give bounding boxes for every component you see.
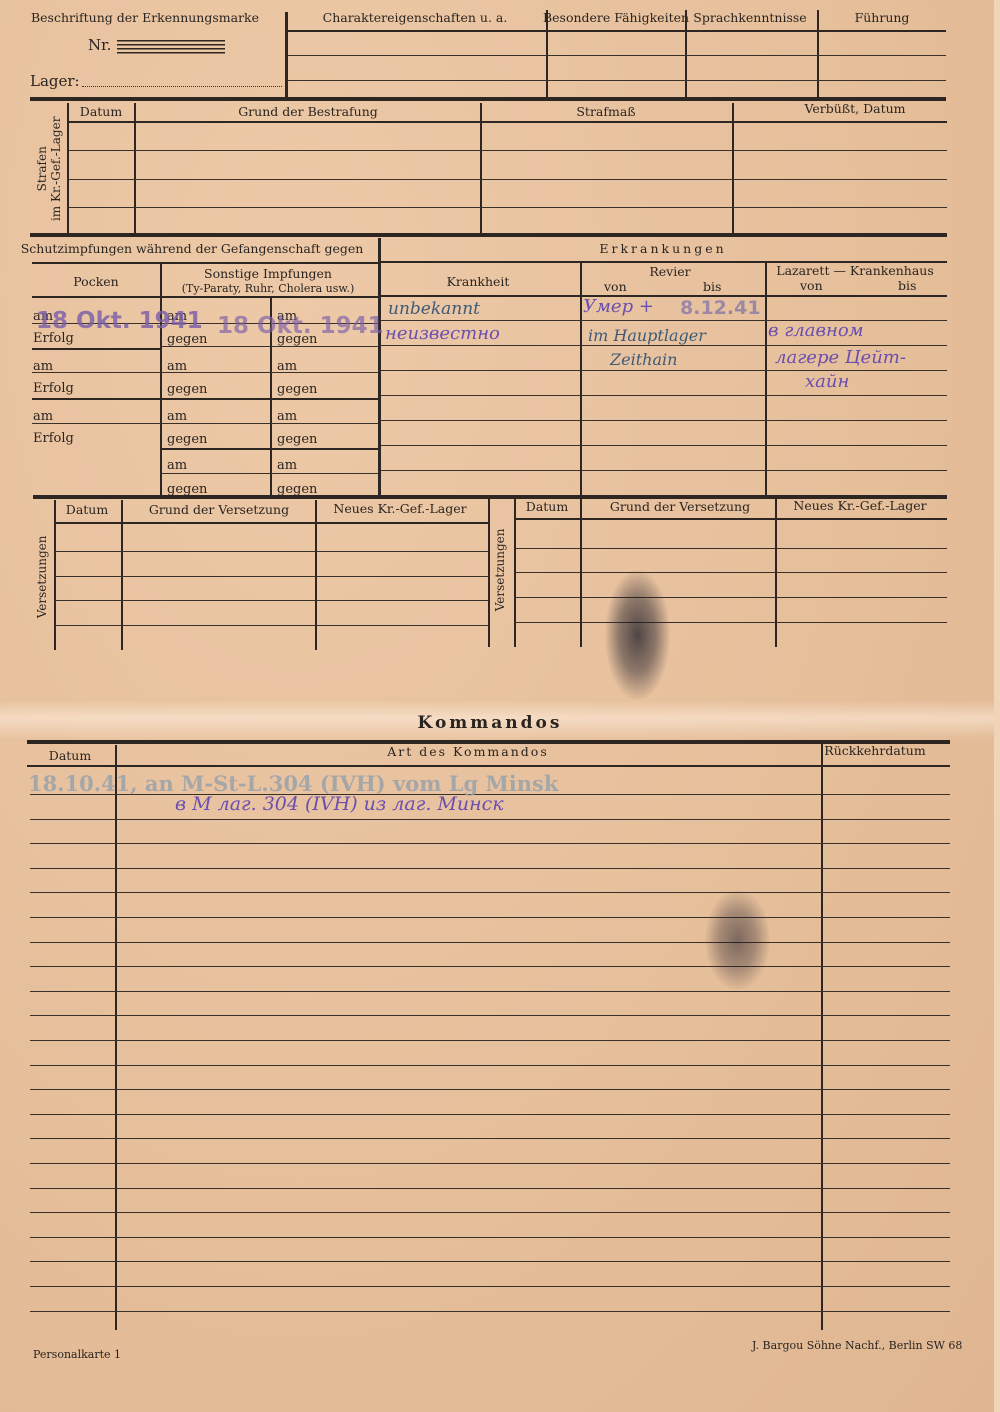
vers-right-col-grund: Grund der Versetzung [610,501,750,514]
nr-label: Nr. [88,38,111,53]
rule [67,207,947,208]
col-divider [821,740,823,1330]
pocken-label: Pocken [73,276,118,289]
rule [30,819,950,820]
rule [380,395,947,396]
rule [30,1040,950,1041]
lazarett-entry: лагере Цейт- [775,347,906,368]
rule [514,548,947,549]
krankheit-label: Krankheit [447,276,510,289]
strafen-col-strafmass: Strafmaß [576,106,635,119]
sonstige-gegen: gegen [167,333,207,346]
strafen-side-label-line1: Strafen [35,146,49,191]
sonstige-label: Sonstige Impfungen [204,268,332,281]
sonstige-am: am [167,459,187,472]
erkrankungen-title: Erkrankungen [599,243,726,256]
rule [30,1212,950,1213]
rule [380,345,947,346]
rule [54,576,488,577]
rule [288,55,946,56]
kommandos-title: Kommandos [418,715,563,732]
kommandos-col-rueckkehr: Rückkehrdatum [824,745,925,758]
sonstige-gegen: gegen [167,433,207,446]
strafen-col-verbuesst: Verbüßt, Datum [804,103,905,116]
rule [380,420,947,421]
rule [32,262,378,264]
rule [380,295,947,297]
pocken-erfolg-2: Erfolg [33,382,74,395]
rule [32,423,378,424]
rule [67,179,947,180]
rule [160,448,378,450]
impfungen-title: Schutzimpfungen während der Gefangenscha… [21,243,364,256]
lager-field[interactable] [82,86,282,87]
krankheit-entry: unbekannt [388,299,480,319]
vers-left-col-lager: Neues Kr.-Gef.-Lager [333,503,466,516]
rule [30,942,950,943]
rule [514,622,947,623]
rule [30,233,947,237]
fingerprint-smudge [705,890,770,990]
rule [160,346,378,347]
col-sprachkenntnisse: Sprachkenntnisse [693,12,806,25]
vers-left-col-grund: Grund der Versetzung [149,504,289,517]
revier-von: von [604,281,627,294]
sonstige2-am: am [277,410,297,423]
lazarett-entry: хайн [805,371,849,392]
fingerprint-smudge [605,570,670,700]
kommando-handwritten: в M лаг. 304 (IVH) из лаг. Минск [175,793,504,815]
paper-edge [994,0,1000,1412]
rule [30,1138,950,1139]
sonstige-sub: (Ty-Paraty, Ruhr, Cholera usw.) [182,283,355,294]
pocken-erfolg-3: Erfolg [33,432,74,445]
sonstige2-am: am [277,459,297,472]
lazarett-entry: в главном [768,320,864,341]
revier-entry: Умер + [583,296,654,317]
rule [30,991,950,992]
kommandos-col-datum: Datum [49,750,91,763]
lazarett-von: von [800,280,823,293]
printer-imprint: J. Bargou Söhne Nachf., Berlin SW 68 [752,1340,962,1351]
lazarett-bis: bis [898,280,916,293]
rule [30,1015,950,1016]
rule [54,551,488,552]
col-besondere-faehigkeiten: Besondere Fähigkeiten [543,12,689,25]
rule [514,572,947,573]
rule [30,1261,950,1262]
erkennungsmarke-label: Beschriftung der Erkennungsmarke [31,12,259,25]
revier-label: Revier [649,266,690,279]
rule [514,597,947,598]
rule [32,372,378,373]
rule [67,121,947,123]
vaccination-date-stamp: 18 Okt. 1941 [217,313,384,339]
rule [30,1163,950,1164]
rule [30,843,950,844]
col-fuehrung: Führung [855,12,910,25]
rule [30,1286,950,1287]
pocken-am-3: am [33,410,53,423]
rule [30,868,950,869]
col-divider [115,745,117,1330]
sonstige2-gegen: gegen [277,383,317,396]
rule [30,1114,950,1115]
versetzungen-side-label: Versetzungen [36,527,50,627]
revier-entry: Zeithain [610,350,677,369]
rule [54,625,488,626]
versetzungen-side-label: Versetzungen [494,520,508,620]
sonstige-gegen: gegen [167,383,207,396]
vaccination-date-stamp: 18 Okt. 1941 [36,308,203,334]
sonstige2-gegen: gegen [277,433,317,446]
rule [30,1237,950,1238]
rule [30,1065,950,1066]
nr-field[interactable] [117,40,225,54]
rule [30,1089,950,1090]
rule [30,1188,950,1189]
vers-right-col-lager: Neues Kr.-Gef.-Lager [793,500,926,513]
rule [380,470,947,471]
vers-right-col-datum: Datum [526,501,568,514]
rule [160,473,378,474]
strafen-col-grund: Grund der Bestrafung [238,106,378,119]
strafen-col-datum: Datum [80,106,122,119]
rule [32,296,378,298]
rule [30,966,950,967]
krankheit-entry: неизвестно [385,323,500,344]
rule [30,917,950,918]
vers-left-col-datum: Datum [66,504,108,517]
lazarett-label: Lazarett — Krankenhaus [776,265,933,278]
section-divider [378,238,381,495]
col-divider [685,10,687,98]
rule [32,348,160,350]
rule [288,30,946,32]
rule [30,892,950,893]
col-divider [817,10,819,98]
strafen-side-label-line2: im Kr.-Gef.-Lager [49,117,63,222]
death-date-stamp: 8.12.41 [680,297,761,319]
rule [380,370,947,371]
col-divider [488,497,490,647]
rule [67,150,947,151]
rule [54,600,488,601]
sonstige-am: am [167,410,187,423]
rule [30,1311,950,1312]
rule [32,398,378,400]
rule [380,445,947,446]
rule [514,518,947,520]
form-name: Personalkarte 1 [33,1349,121,1360]
col-charaktereigenschaften: Charaktereigenschaften u. a. [323,12,508,25]
rule [288,80,946,81]
kommandos-col-art: Art des Kommandos [387,746,548,759]
rule [54,522,488,524]
revier-bis: bis [703,281,721,294]
lager-label: Lager: [30,74,80,89]
rule [27,765,950,767]
revier-entry: im Hauptlager [588,326,706,345]
strafen-side-label: Strafen im Kr.-Gef.-Lager [36,99,64,239]
